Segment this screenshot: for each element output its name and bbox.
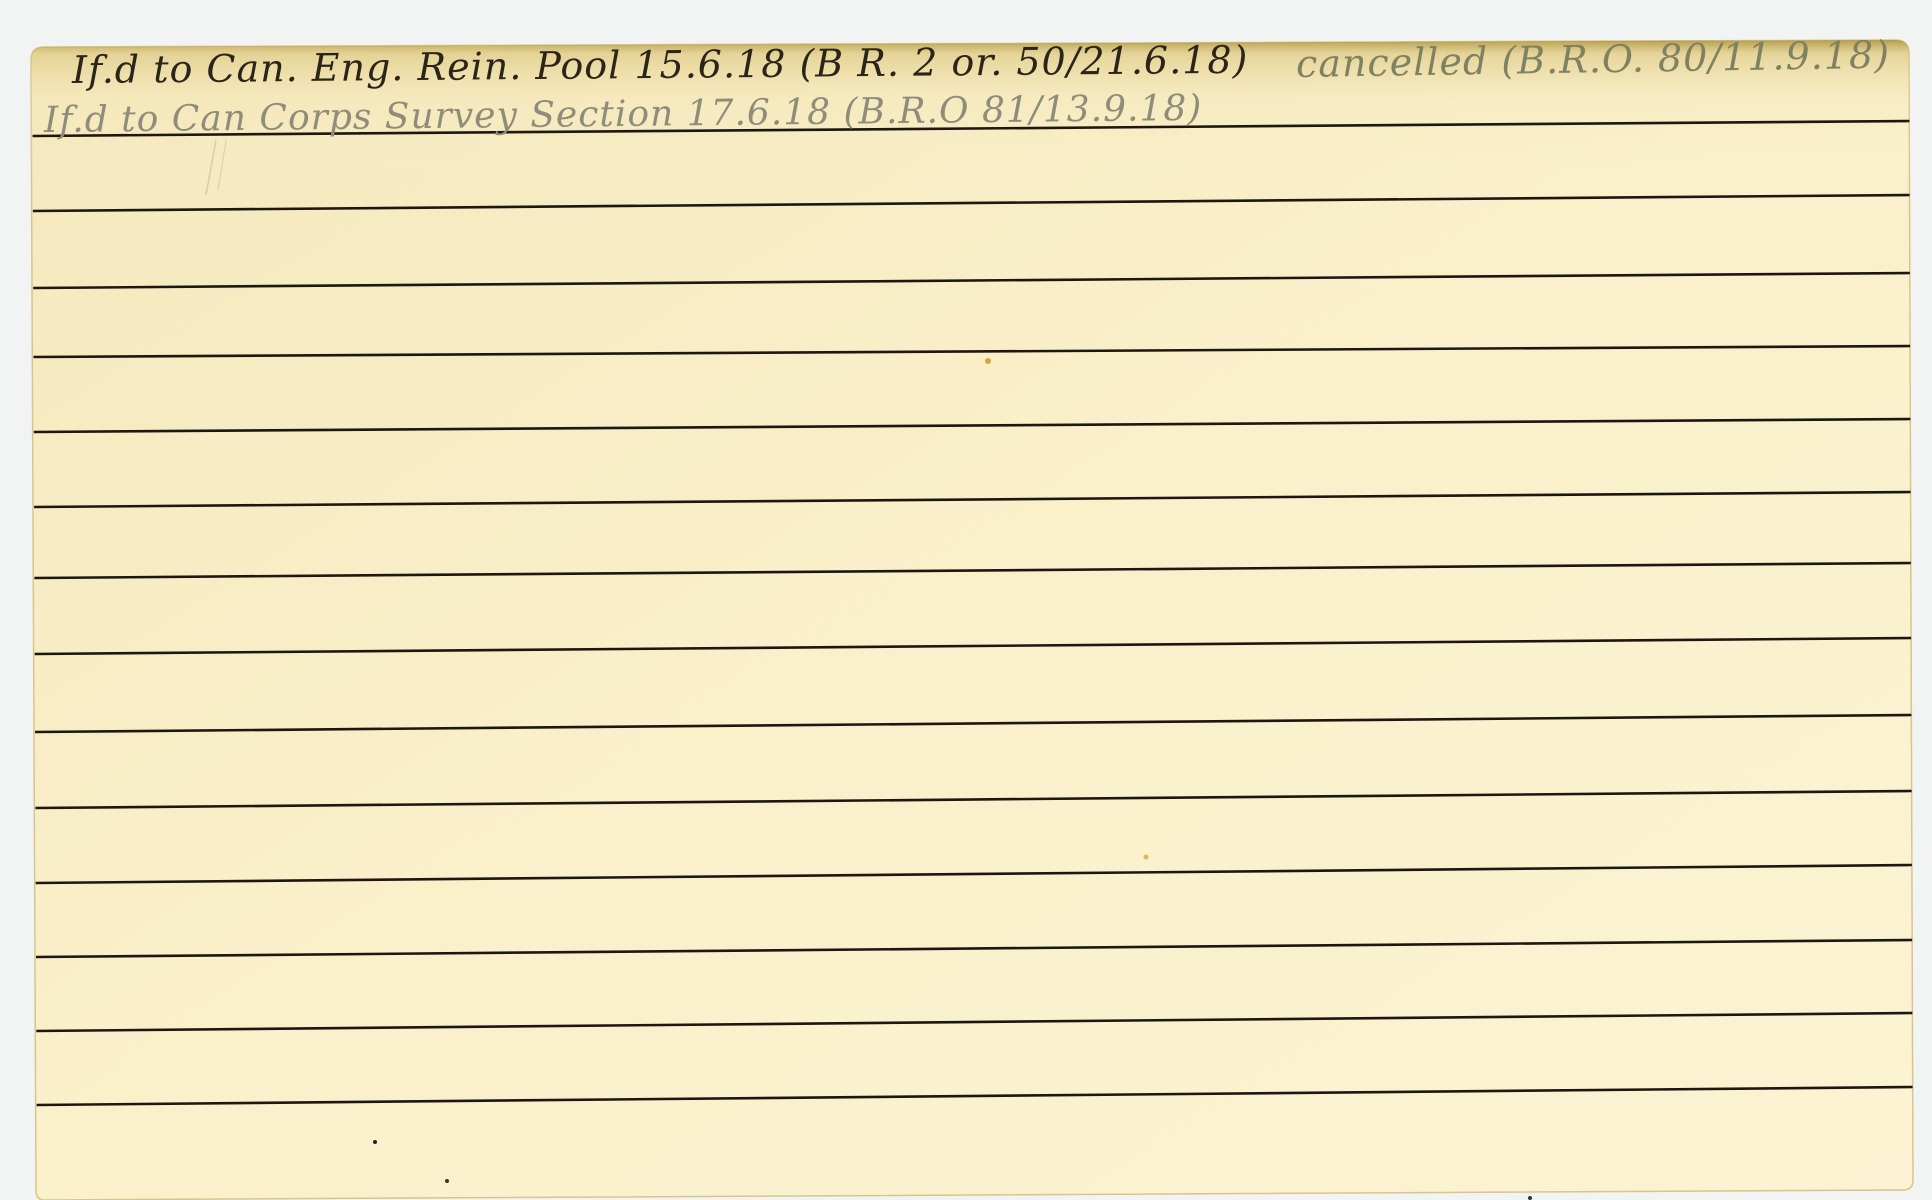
stain-speck [985,358,991,364]
ink-speck [1528,1196,1532,1200]
entry-1-cancelled-annotation: cancelled (B.R.O. 80/11.9.18) [1296,33,1891,86]
stain-speck [1144,855,1149,860]
scanned-card-page: If.d to Can. Eng. Rein. Pool 15.6.18 (B … [0,0,1932,1200]
card-edge-stain [31,40,1913,1200]
record-card [0,0,1932,1200]
ink-speck [373,1140,377,1144]
ink-speck [445,1179,449,1183]
